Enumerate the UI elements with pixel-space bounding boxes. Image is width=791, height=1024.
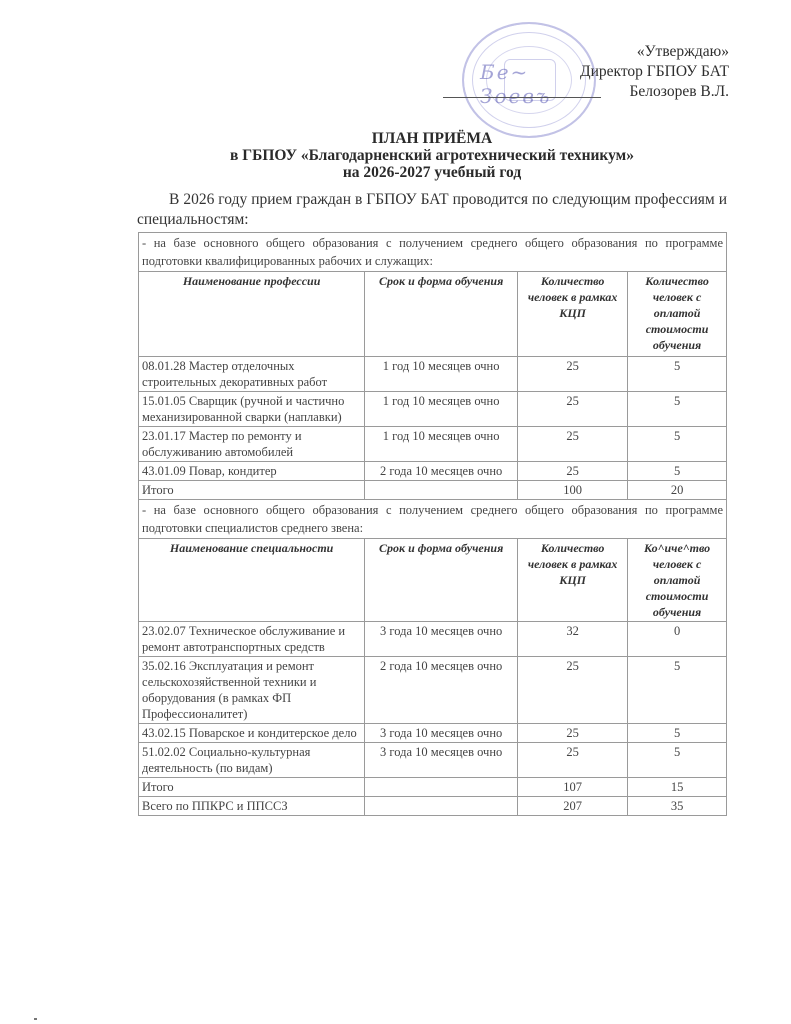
scan-mark <box>34 1018 37 1020</box>
paid-count: 5 <box>628 743 727 778</box>
total-label: Итого <box>139 778 365 797</box>
approval-name: Белозорев В.Л. <box>580 82 729 102</box>
title-line-1: ПЛАН ПРИЁМА <box>137 130 727 147</box>
header-kcp: Количество человек в рамках КЦП <box>518 539 628 622</box>
program-name: 23.01.17 Мастер по ремонту и обслуживани… <box>139 427 365 462</box>
table-row: 15.01.05 Сварщик (ручной и частично меха… <box>139 392 727 427</box>
table-row: 35.02.16 Эксплуатация и ремонт сельскохо… <box>139 657 727 724</box>
header-name: Наименование профессии <box>139 272 365 357</box>
table-row: 43.02.15 Поварское и кондитерское дело3 … <box>139 724 727 743</box>
approval-position: Директор ГБПОУ БАТ <box>580 62 729 82</box>
study-form: 3 года 10 месяцев очно <box>365 622 518 657</box>
program-name: 23.02.07 Техническое обслуживание и ремо… <box>139 622 365 657</box>
total-paid: 20 <box>628 481 727 500</box>
approval-block: «Утверждаю» Директор ГБПОУ БАТ Белозорев… <box>580 42 729 102</box>
table-header-row: Наименование специальностиСрок и форма о… <box>139 539 727 622</box>
kcp-count: 25 <box>518 657 628 724</box>
total-row: Итого10020 <box>139 481 727 500</box>
total-empty-cell <box>365 481 518 500</box>
header-form: Срок и форма обучения <box>365 539 518 622</box>
kcp-count: 32 <box>518 622 628 657</box>
kcp-count: 25 <box>518 392 628 427</box>
grand-total-kcp: 207 <box>518 797 628 816</box>
table-row: 23.01.17 Мастер по ремонту и обслуживани… <box>139 427 727 462</box>
header-paid: Ко^иче^тво человек с оплатой стоимости о… <box>628 539 727 622</box>
admission-plan-table: - на базе основного общего образования с… <box>138 232 727 816</box>
program-name: 43.01.09 Повар, кондитер <box>139 462 365 481</box>
header-kcp: Количество человек в рамках КЦП <box>518 272 628 357</box>
section-caption-row: - на базе основного общего образования с… <box>139 233 727 272</box>
table-row: 08.01.28 Мастер отделочных строительных … <box>139 357 727 392</box>
paid-count: 0 <box>628 622 727 657</box>
total-kcp: 107 <box>518 778 628 797</box>
title-line-3: на 2026-2027 учебный год <box>137 164 727 181</box>
kcp-count: 25 <box>518 743 628 778</box>
section-caption-row: - на базе основного общего образования с… <box>139 500 727 539</box>
total-kcp: 100 <box>518 481 628 500</box>
grand-total-empty-cell <box>365 797 518 816</box>
section-caption: - на базе основного общего образования с… <box>139 500 727 539</box>
paid-count: 5 <box>628 392 727 427</box>
intro-text: В 2026 году прием граждан в ГБПОУ БАТ пр… <box>137 191 727 228</box>
program-name: 35.02.16 Эксплуатация и ремонт сельскохо… <box>139 657 365 724</box>
paid-count: 5 <box>628 724 727 743</box>
director-signature: Бе~ Зоевъ <box>480 60 590 96</box>
kcp-count: 25 <box>518 357 628 392</box>
grand-total-label: Всего по ППКРС и ППССЗ <box>139 797 365 816</box>
table-row: 43.01.09 Повар, кондитер2 года 10 месяце… <box>139 462 727 481</box>
study-form: 3 года 10 месяцев очно <box>365 724 518 743</box>
section-caption: - на базе основного общего образования с… <box>139 233 727 272</box>
kcp-count: 25 <box>518 427 628 462</box>
program-name: 51.02.02 Социально-культурная деятельнос… <box>139 743 365 778</box>
study-form: 1 год 10 месяцев очно <box>365 392 518 427</box>
grand-total-row: Всего по ППКРС и ППССЗ20735 <box>139 797 727 816</box>
intro-paragraph: В 2026 году прием граждан в ГБПОУ БАТ пр… <box>137 190 727 230</box>
table-header-row: Наименование профессииСрок и форма обуче… <box>139 272 727 357</box>
paid-count: 5 <box>628 357 727 392</box>
table-row: 23.02.07 Техническое обслуживание и ремо… <box>139 622 727 657</box>
study-form: 3 года 10 месяцев очно <box>365 743 518 778</box>
header-paid: Количество человек с оплатой стоимости о… <box>628 272 727 357</box>
paid-count: 5 <box>628 657 727 724</box>
program-name: 43.02.15 Поварское и кондитерское дело <box>139 724 365 743</box>
grand-total-paid: 35 <box>628 797 727 816</box>
title-line-2: в ГБПОУ «Благодарненский агротехнический… <box>137 147 727 164</box>
program-name: 08.01.28 Мастер отделочных строительных … <box>139 357 365 392</box>
total-row: Итого10715 <box>139 778 727 797</box>
total-label: Итого <box>139 481 365 500</box>
document-title: ПЛАН ПРИЁМА в ГБПОУ «Благодарненский агр… <box>137 130 727 181</box>
signature-line <box>443 97 601 98</box>
header-name: Наименование специальности <box>139 539 365 622</box>
study-form: 1 год 10 месяцев очно <box>365 427 518 462</box>
table-row: 51.02.02 Социально-культурная деятельнос… <box>139 743 727 778</box>
approval-heading: «Утверждаю» <box>580 42 729 62</box>
header-form: Срок и форма обучения <box>365 272 518 357</box>
kcp-count: 25 <box>518 724 628 743</box>
study-form: 2 года 10 месяцев очно <box>365 462 518 481</box>
program-name: 15.01.05 Сварщик (ручной и частично меха… <box>139 392 365 427</box>
total-paid: 15 <box>628 778 727 797</box>
paid-count: 5 <box>628 427 727 462</box>
study-form: 2 года 10 месяцев очно <box>365 657 518 724</box>
study-form: 1 год 10 месяцев очно <box>365 357 518 392</box>
paid-count: 5 <box>628 462 727 481</box>
total-empty-cell <box>365 778 518 797</box>
kcp-count: 25 <box>518 462 628 481</box>
